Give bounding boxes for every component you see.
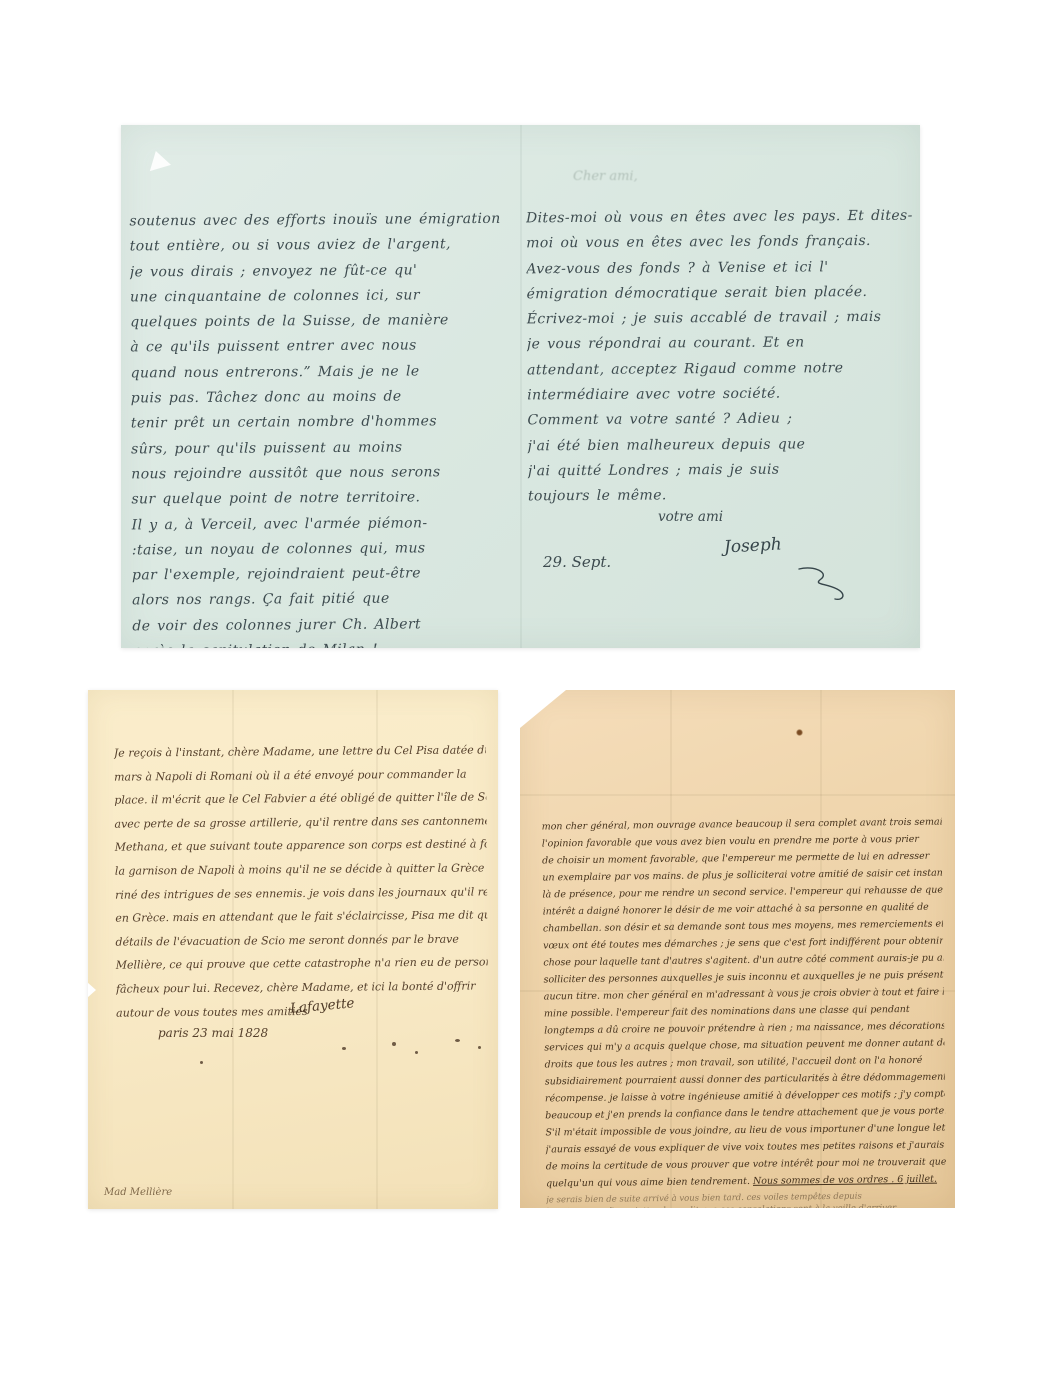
fold-crease bbox=[520, 794, 955, 796]
handwritten-line: quand nous entrerons.” Mais je ne le bbox=[130, 358, 530, 386]
underlined-closing: Nous sommes de vos ordres . 6 juillet. bbox=[753, 1174, 937, 1187]
handwritten-line: je vous dirais ; envoyez ne fût-ce qu' bbox=[130, 257, 530, 285]
handwritten-line: puis pas. Tâchez donc au moins de bbox=[131, 384, 531, 412]
letter-green-joseph: Cher ami, soutenus avec des efforts inou… bbox=[121, 125, 920, 648]
handwritten-line: mars à Napoli di Romani où il a été envo… bbox=[114, 762, 486, 789]
handwritten-line: tenir prêt un certain nombre d'hommes bbox=[131, 409, 531, 437]
green-left-column: soutenus avec des efforts inouïs une émi… bbox=[129, 207, 532, 648]
paper-tear-notch bbox=[88, 982, 96, 998]
handwritten-line: détails de l'évacuation de Scio me seron… bbox=[115, 927, 487, 954]
letter-cream-lafayette: Je reçois à l'instant, chère Madame, une… bbox=[88, 690, 498, 1209]
handwritten-line: fâcheux pour lui. Recevez, chère Madame,… bbox=[116, 974, 488, 1001]
handwritten-line: après la capitulation de Milan ! bbox=[132, 637, 532, 648]
handwritten-line: je vous répondrai au courant. Et en bbox=[527, 330, 917, 358]
handwritten-line: Methana, et que suivant toute apparence … bbox=[115, 833, 487, 860]
paper-dogear bbox=[148, 151, 171, 172]
letter-body: mon cher général, mon ouvrage avance bea… bbox=[542, 814, 947, 1208]
handwritten-line: soutenus avec des efforts inouïs une émi… bbox=[129, 207, 529, 235]
ink-spot bbox=[455, 1039, 460, 1042]
handwritten-line: Il y a, à Verceil, avec l'armée piémon- bbox=[132, 510, 532, 538]
handwritten-line: alors nos rangs. Ça fait pitié que bbox=[132, 586, 532, 614]
handwritten-line: intermédiaire avec votre société. bbox=[527, 381, 917, 409]
ink-spot bbox=[478, 1046, 481, 1049]
handwritten-line: nous rejoindre aussitôt que nous serons bbox=[131, 460, 531, 488]
green-right-column: Dites-moi où vous en êtes avec les pays.… bbox=[526, 204, 918, 510]
paper-stain bbox=[796, 729, 803, 736]
handwritten-line: moi où vous en êtes avec les fonds franç… bbox=[526, 229, 916, 257]
ink-showthrough-text: Cher ami, bbox=[573, 169, 638, 184]
handwritten-line: en Grèce. mais en attendant que le fait … bbox=[115, 904, 487, 931]
handwritten-line: Avez-vous des fonds ? à Venise et ici l' bbox=[526, 254, 916, 282]
manuscript-scan-page: Cher ami, soutenus avec des efforts inou… bbox=[0, 0, 1040, 1387]
handwritten-line: j'ai quitté Londres ; mais je suis bbox=[528, 457, 918, 485]
handwritten-line: Dites-moi où vous en êtes avec les pays.… bbox=[526, 204, 916, 232]
handwritten-line: sûrs, pour qu'ils puissent au moins bbox=[131, 434, 531, 462]
handwritten-line: riné des intrigues de ses ennemis. je vo… bbox=[115, 880, 487, 907]
letter-body: Je reçois à l'instant, chère Madame, une… bbox=[114, 738, 488, 1024]
handwritten-line: de voir des colonnes jurer Ch. Albert bbox=[132, 611, 532, 639]
ink-spot bbox=[415, 1051, 418, 1054]
signature-flourish bbox=[795, 563, 855, 605]
handwritten-line: Mellière, ce qui prouve que cette catast… bbox=[116, 951, 488, 978]
ink-spot bbox=[342, 1047, 346, 1050]
handwritten-line: attendant, acceptez Rigaud comme notre bbox=[527, 355, 917, 383]
letter-date: paris 23 mai 1828 bbox=[158, 1026, 268, 1040]
last-line: quelqu'un qui vous aime bien tendrement.… bbox=[546, 1171, 946, 1193]
postscript-lines: je serais bien de suite arrivé à vous bi… bbox=[546, 1191, 946, 1208]
handwritten-line: tout entière, ou si vous aviez de l'arge… bbox=[130, 232, 530, 260]
handwritten-line: émigration démocratique serait bien plac… bbox=[526, 280, 916, 308]
ink-spot bbox=[200, 1061, 203, 1064]
signature-joseph: Joseph bbox=[724, 535, 783, 558]
handwritten-line: j'ai été bien malheureux depuis que bbox=[528, 431, 918, 459]
handwritten-line: à ce qu'ils puissent entrer avec nous bbox=[130, 333, 530, 361]
handwritten-line: :taise, un noyau de colonnes qui, mus bbox=[132, 535, 532, 563]
ink-spot bbox=[392, 1042, 396, 1046]
handwritten-line: avec perte de sa grosse artillerie, qu'i… bbox=[114, 809, 486, 836]
handwritten-line: la garnison de Napoli à moins qu'il ne s… bbox=[115, 856, 487, 883]
handwritten-line: une cinquantaine de colonnes ici, sur bbox=[130, 282, 530, 310]
handwritten-line: Je reçois à l'instant, chère Madame, une… bbox=[114, 738, 486, 765]
handwritten-line: par l'exemple, rejoindraient peut-être bbox=[132, 561, 532, 589]
handwritten-line: sur quelque point de notre territoire. bbox=[131, 485, 531, 513]
handwritten-line: place. il m'écrit que le Cel Fabvier a é… bbox=[114, 786, 486, 813]
handwritten-line: quelques points de la Suisse, de manière bbox=[130, 308, 530, 336]
handwritten-line: Comment va votre santé ? Adieu ; bbox=[527, 406, 917, 434]
letter-body-lines: mon cher général, mon ouvrage avance bea… bbox=[542, 814, 946, 1176]
letter-date: 29. Sept. bbox=[543, 553, 611, 571]
handwritten-line: toujours le même. bbox=[528, 482, 918, 510]
closing-salutation: votre ami bbox=[658, 509, 723, 525]
letter-tan-general: mon cher général, mon ouvrage avance bea… bbox=[520, 690, 955, 1208]
docket-note: Mad Mellière bbox=[104, 1187, 172, 1198]
handwritten-line: Écrivez-moi ; je suis accablé de travail… bbox=[527, 305, 917, 333]
last-line-text: quelqu'un qui vous aime bien tendrement. bbox=[546, 1176, 753, 1190]
